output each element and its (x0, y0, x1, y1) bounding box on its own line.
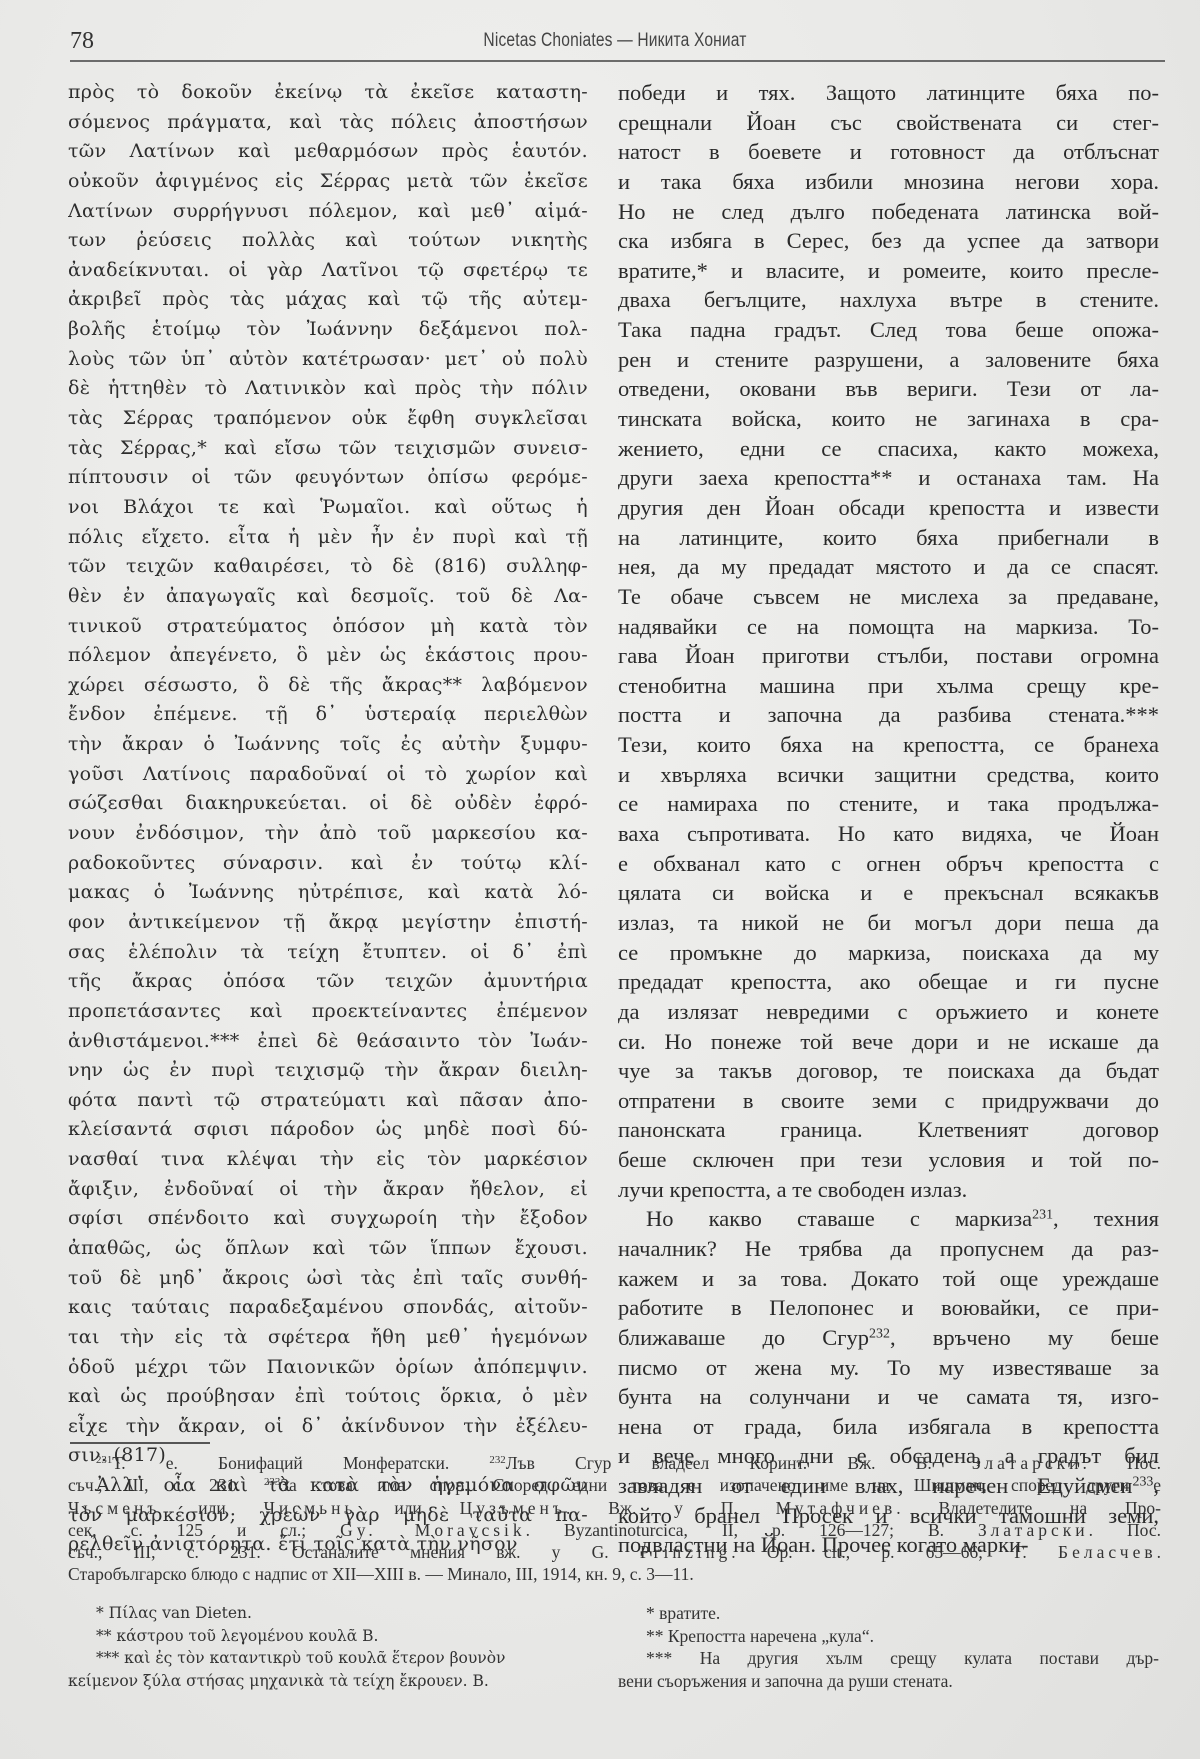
bulgarian-text-line: стенобитна машина при хълма срещу кре- (618, 671, 1159, 701)
bulgarian-text-line: други заеха крепостта** и останаха там. … (618, 463, 1159, 493)
greek-text-line: τῆς ἄκρας ὁπόσα τῶν τειχῶν ἀμυντήρια (68, 967, 588, 997)
bulgarian-text-line: ваха съпротивата. Но като видяха, че Йоа… (618, 819, 1159, 849)
greek-text-line: τὴν ἄκραν ὁ Ἰωάννης τοῖς ἐς αὐτὴν ξυμφυ- (68, 730, 588, 760)
bulgarian-text-line: постта и започна да разбива стената.*** (618, 700, 1159, 730)
greek-text-column: πρὸς τὸ δοκοῦν ἐκείνῳ τὰ ἐκεῖσε καταστη-… (68, 78, 588, 1560)
bulgarian-text-line: вратите,* и власите, и ромеите, които пр… (618, 256, 1159, 286)
greek-text-line: πόλεμον ἀπεγένετο, ὃ μὲν ὡς ἑκάστοις προ… (68, 641, 588, 671)
footnote-line: κείμενον ξύλα στήσας μηχανικὰ τὰ τείχη ἔ… (68, 1670, 588, 1693)
running-head: 78 Nicetas Choniates — Никита Хониат (70, 22, 1160, 62)
bulgarian-text-line: беше сключен при тези условия и той по- (618, 1145, 1159, 1175)
greek-text-line: κλείσαντά σφισι πάροδον ὡς μηδὲ ποσὶ δύ- (68, 1115, 588, 1145)
greek-text-line: νην ὡς ἐν πυρὶ τειχισμῷ τὴν ἄκραν διειλη… (68, 1056, 588, 1086)
bulgarian-text-line: и хвърляха всички защитни средства, коит… (618, 760, 1159, 790)
bulgarian-text-line: надявайки се на помощта на маркиза. То- (618, 612, 1159, 642)
greek-text-line: νουν ἐνδόσιμον, τὴν ἀπὸ τοῦ μαρκεσίου κα… (68, 819, 588, 849)
bulgarian-footnotes: * вратите. ** Крепостта наречена „кула“.… (618, 1602, 1159, 1692)
greek-text-line: ραδοκοῦντες σύναρσιν. καὶ ἐν τούτῳ κλί- (68, 849, 588, 879)
greek-text-line: χώρει σέσωστο, ὃ δὲ τῆς ἄκρας** λαβόμενο… (68, 671, 588, 701)
greek-text-line: δὲ ἡττηθὲν τὸ Λατινικὸν καὶ πρὸς τὴν πόλ… (68, 374, 588, 404)
greek-text-line: μακας ὁ Ἰωάννης ηὐτρέπισε, καὶ κατὰ λό- (68, 878, 588, 908)
bulgarian-text-line: цялата си войска и е прекъснал всякакъв (618, 878, 1159, 908)
greek-text-line: ἀκριβεῖ πρὸς τὰς μάχας καὶ τῷ τῆς αὐτεμ- (68, 285, 588, 315)
bulgarian-text-line: отпратени в своите земи с придружвачи до (618, 1086, 1159, 1116)
page-number: 78 (70, 28, 94, 55)
bulgarian-text-line: на латинците, които бяха прибегнали в (618, 523, 1159, 553)
bulgarian-text-column: победи и тях. Защото латинците бяха по-с… (618, 78, 1159, 1560)
footnote-line: Старобългарско блюдо с надпис от XII—XII… (68, 1563, 1161, 1585)
footnote-line: ** Крепостта наречена „кула“. (618, 1625, 1159, 1648)
bulgarian-text-line: Така падна градът. След това беше опожа- (618, 315, 1159, 345)
greek-text-line: τῶν Λατίνων καὶ μεθαρμόσων πρὸς ἑαυτόν. (68, 137, 588, 167)
greek-text-line: νοι Βλάχοι τε καὶ Ῥωμαῖοι. καὶ οὕτως ἡ (68, 493, 588, 523)
bulgarian-text-line: си. Но понеже той вече дори и не искаше … (618, 1027, 1159, 1057)
greek-text-line: καις ταύταις παραδεξαμένου σπονδάς, αἰτο… (68, 1293, 588, 1323)
bulgarian-text-line: Но не след дълго победената латинска вой… (618, 197, 1159, 227)
greek-text-line: γοῦσι Λατίνοις παραδοῦναί οἱ τὸ χωρίον κ… (68, 760, 588, 790)
footnote-line: ** κάστρου τοῦ λεγομένου κουλᾶ B. (68, 1625, 588, 1648)
bulgarian-text-line: гава Йоан приготви стълби, постави огром… (618, 641, 1159, 671)
bulgarian-text-line: Те обаче съвсем не мислеха за предаване, (618, 582, 1159, 612)
bulgarian-text-line: работите в Пелопонес и воювайки, се при- (618, 1293, 1159, 1323)
greek-text-line: λοὺς τῶν ὑπ᾿ αὐτὸν κατέτρωσαν· μετ᾿ οὐ π… (68, 345, 588, 375)
bulgarian-text-line: срещнали Йоан със свойствената си стег- (618, 108, 1159, 138)
greek-text-line: φότα παντὶ τῷ στρατεύματι καὶ πᾶσαν ἀπο- (68, 1086, 588, 1116)
greek-text-line: Λατίνων συρρήγνυσι πόλεμον, καὶ μεθ᾿ αἱμ… (68, 197, 588, 227)
footnote-line: * вратите. (618, 1602, 1159, 1625)
greek-text-line: βολῆς ἑτοίμῳ τὸν Ἰωάννην δεξάμενοι πολ- (68, 315, 588, 345)
footnote-line: сек, с. 125 и сл.; Gy. Moravcsik. Byzant… (68, 1519, 1161, 1541)
greek-text-line: τινικοῦ στρατεύματος ὁπόσον μὴ κατὰ τὸν (68, 612, 588, 642)
greek-text-line: νασθαί τινα κλέψαι τὴν εἰς τὸν μαρκέσιον (68, 1145, 588, 1175)
bulgarian-text-line: нея, да му предадат мястото и да се спас… (618, 552, 1159, 582)
book-page: 78 Nicetas Choniates — Никита Хониат πρὸ… (0, 0, 1200, 1759)
greek-text-line: καὶ ὡς προύβησαν ἐπὶ τούτοις ὅρκια, ὁ μὲ… (68, 1382, 588, 1412)
footnote-line: вени съоръжения и започна да руши стенат… (618, 1670, 1159, 1693)
bulgarian-text-line: Но какво ставаше с маркиза231, техния (618, 1204, 1159, 1234)
bulgarian-text-line: началник? Не трябва да пропуснем да раз- (618, 1234, 1159, 1264)
bulgarian-text-line: и така бяха избили мнозина негови хора. (618, 167, 1159, 197)
bulgarian-text-line: кажем и за това. Докато той още уреждаше (618, 1264, 1159, 1294)
bulgarian-text-line: лучи крепостта, а те свободен излаз. (618, 1175, 1159, 1205)
bulgarian-text-line: победи и тях. Защото латинците бяха по- (618, 78, 1159, 108)
footnote-line: 231Т. е. Бонифаций Монфератски. 232Лъв С… (68, 1452, 1161, 1474)
greek-text-line: σώζεσθαι διακηρυκεύεται. οἱ δὲ οὐδὲν ἐφρ… (68, 789, 588, 819)
bulgarian-text-line: Тези, които бяха на крепостта, се бранех… (618, 730, 1159, 760)
footnote-ref: 232 (869, 1326, 890, 1341)
footnote-line: *** На другия хълм срещу кулата постави … (618, 1647, 1159, 1670)
greek-text-line: θὲν ἐν ἀπαγωγαῖς καὶ δεσμοῖς. τοῦ δὲ Λα- (68, 582, 588, 612)
header-rule (70, 60, 1165, 62)
greek-text-line: πόλις εἴχετο. εἶτα ἡ μὲν ἦν ἐν πυρὶ καὶ … (68, 523, 588, 553)
footnote-line: Чьсменъ или Чисмьнь или Цузъменъ. Вж. у … (68, 1497, 1161, 1519)
greek-text-line: σφίσι σπένδοιτο καὶ συγχωροίη τὴν ἔξοδον (68, 1204, 588, 1234)
numbered-footnotes: 231Т. е. Бонифаций Монфератски. 232Лъв С… (68, 1452, 1161, 1586)
greek-text-line: τὰς Σέρρας,* καὶ εἴσω τῶν τειχισμῶν συνε… (68, 434, 588, 464)
bulgarian-text-line: жението, едни се спасиха, както можеха, (618, 434, 1159, 464)
bulgarian-text-line: се промъкне до маркиза, поискаха да му (618, 938, 1159, 968)
bulgarian-text-line: ближаваше до Сгур232, връчено му беше (618, 1323, 1159, 1353)
greek-text-line: εἶχε τὴν ἄκραν, οἱ δ᾿ ἀκίνδυνον τὴν ἐξέλ… (68, 1412, 588, 1442)
bulgarian-text-line: да излязат невредими с оръжието и конете (618, 997, 1159, 1027)
greek-text-line: πρὸς τὸ δοκοῦν ἐκείνῳ τὰ ἐκεῖσε καταστη- (68, 78, 588, 108)
bulgarian-text-line: натост в боевете и готовност да отблъсна… (618, 137, 1159, 167)
greek-text-line: τῶν τειχῶν καθαιρέσει, τὸ δὲ (816) συλλη… (68, 552, 588, 582)
greek-text-line: ἀπαθῶς, ὡς ὅπλων καὶ τῶν ἵππων ἔχουσι. (68, 1234, 588, 1264)
greek-text-line: ἔνδον ἐπέμενε. τῇ δ᾿ ὑστεραίᾳ περιελθὼν (68, 700, 588, 730)
bulgarian-text-line: бунта на солунчани и че самата тя, изго- (618, 1382, 1159, 1412)
running-title: Nicetas Choniates — Никита Хониат (168, 30, 1062, 52)
bulgarian-text-line: ска избяга в Серес, без да успее да затв… (618, 226, 1159, 256)
greek-text-line: ἀνθιστάμενοι.*** ἐπεὶ δὲ θεάσαιντο τὸν Ἰ… (68, 1027, 588, 1057)
greek-text-line: των ῥεύσεις πολλὰς καὶ τούτων νικητὴς (68, 226, 588, 256)
footnote-line: *** καὶ ἐς τὸν καταντικρὺ τοῦ κουλᾶ ἕτερ… (68, 1647, 588, 1670)
bulgarian-text-line: отведени, оковани във вериги. Тези от ла… (618, 374, 1159, 404)
greek-text-line: προπετάσαντες καὶ προεκτείναντες ἐπέμενο… (68, 997, 588, 1027)
footnote-rule (70, 1442, 210, 1444)
greek-text-line: πίπτουσιν οἱ τῶν φευγόντων ὀπίσω φερόμε- (68, 463, 588, 493)
greek-text-line: φον ἀντικείμενον τῇ ἄκρᾳ μεγίστην ἐπιστή… (68, 908, 588, 938)
greek-text-line: ὁδοῦ μέχρι τῶν Παιονικῶν ὁρίων ἀπόπεμψιν… (68, 1353, 588, 1383)
bulgarian-text-line: рен и стените разрушени, а заловените бя… (618, 345, 1159, 375)
bulgarian-text-line: чуе за такъв договор, те поискаха да бъд… (618, 1056, 1159, 1086)
greek-text-line: τὰς Σέρρας τραπόμενον οὐκ ἔφθη συγκλεῖσα… (68, 404, 588, 434)
greek-text-line: σόμενος πράγματα, καὶ τὰς πόλεις ἀποστήσ… (68, 108, 588, 138)
greek-text-line: ἄφιξιν, ἐνδοῦναί οἱ τὴν ἄκραν ἤθελον, εἰ (68, 1175, 588, 1205)
greek-text-line: σας ἑλέπολιν τὰ τείχη ἔτυπτεν. οἱ δ᾿ ἐπὶ (68, 938, 588, 968)
bulgarian-text-line: нена от града, била избягала в крепостта (618, 1412, 1159, 1442)
bulgarian-text-line: тинската войска, които не загинаха в сра… (618, 404, 1159, 434)
footnote-line: съч., III, с. 231. 233За това има спор. … (68, 1474, 1161, 1496)
bulgarian-text-line: панонската граница. Клетвеният договор (618, 1115, 1159, 1145)
bulgarian-text-line: писмо от жена му. То му известяваше за (618, 1353, 1159, 1383)
bulgarian-text-line: дваха бегълците, нахлуха вътре в стените… (618, 285, 1159, 315)
footnote-line: * Πίλας van Dieten. (68, 1602, 588, 1625)
bulgarian-text-line: е обхванал като с огнен обръч крепостта … (618, 849, 1159, 879)
greek-text-line: ἀναδείκνυται. οἱ γὰρ Λατῖνοι τῷ σφετέρῳ … (68, 256, 588, 286)
greek-text-line: οὐκοῦν ἀφιγμένος εἰς Σέρρας μετὰ τῶν ἐκε… (68, 167, 588, 197)
bulgarian-text-line: излаз, та никой не би могъл дори пеша да (618, 908, 1159, 938)
footnote-line: съч., III, с. 231. Останалите мнения вж.… (68, 1541, 1161, 1563)
greek-text-line: ται τὴν εἰς τὰ σφέτερα ἤθη μεθ᾿ ἡγεμόνων (68, 1323, 588, 1353)
bulgarian-text-line: се намираха по стените, и така продължа- (618, 789, 1159, 819)
greek-text-line: τοῦ δὲ μηδ᾿ ἄκροις ὠσὶ τὰς ἐπὶ ταῖς συνθ… (68, 1264, 588, 1294)
bulgarian-text-line: другия ден Йоан обсади крепостта и извес… (618, 493, 1159, 523)
bulgarian-text-line: предадат крепостта, ако обещае и ги пусн… (618, 967, 1159, 997)
greek-footnotes: * Πίλας van Dieten. ** κάστρου τοῦ λεγομ… (68, 1602, 588, 1692)
footnote-ref: 231 (1032, 1208, 1053, 1223)
